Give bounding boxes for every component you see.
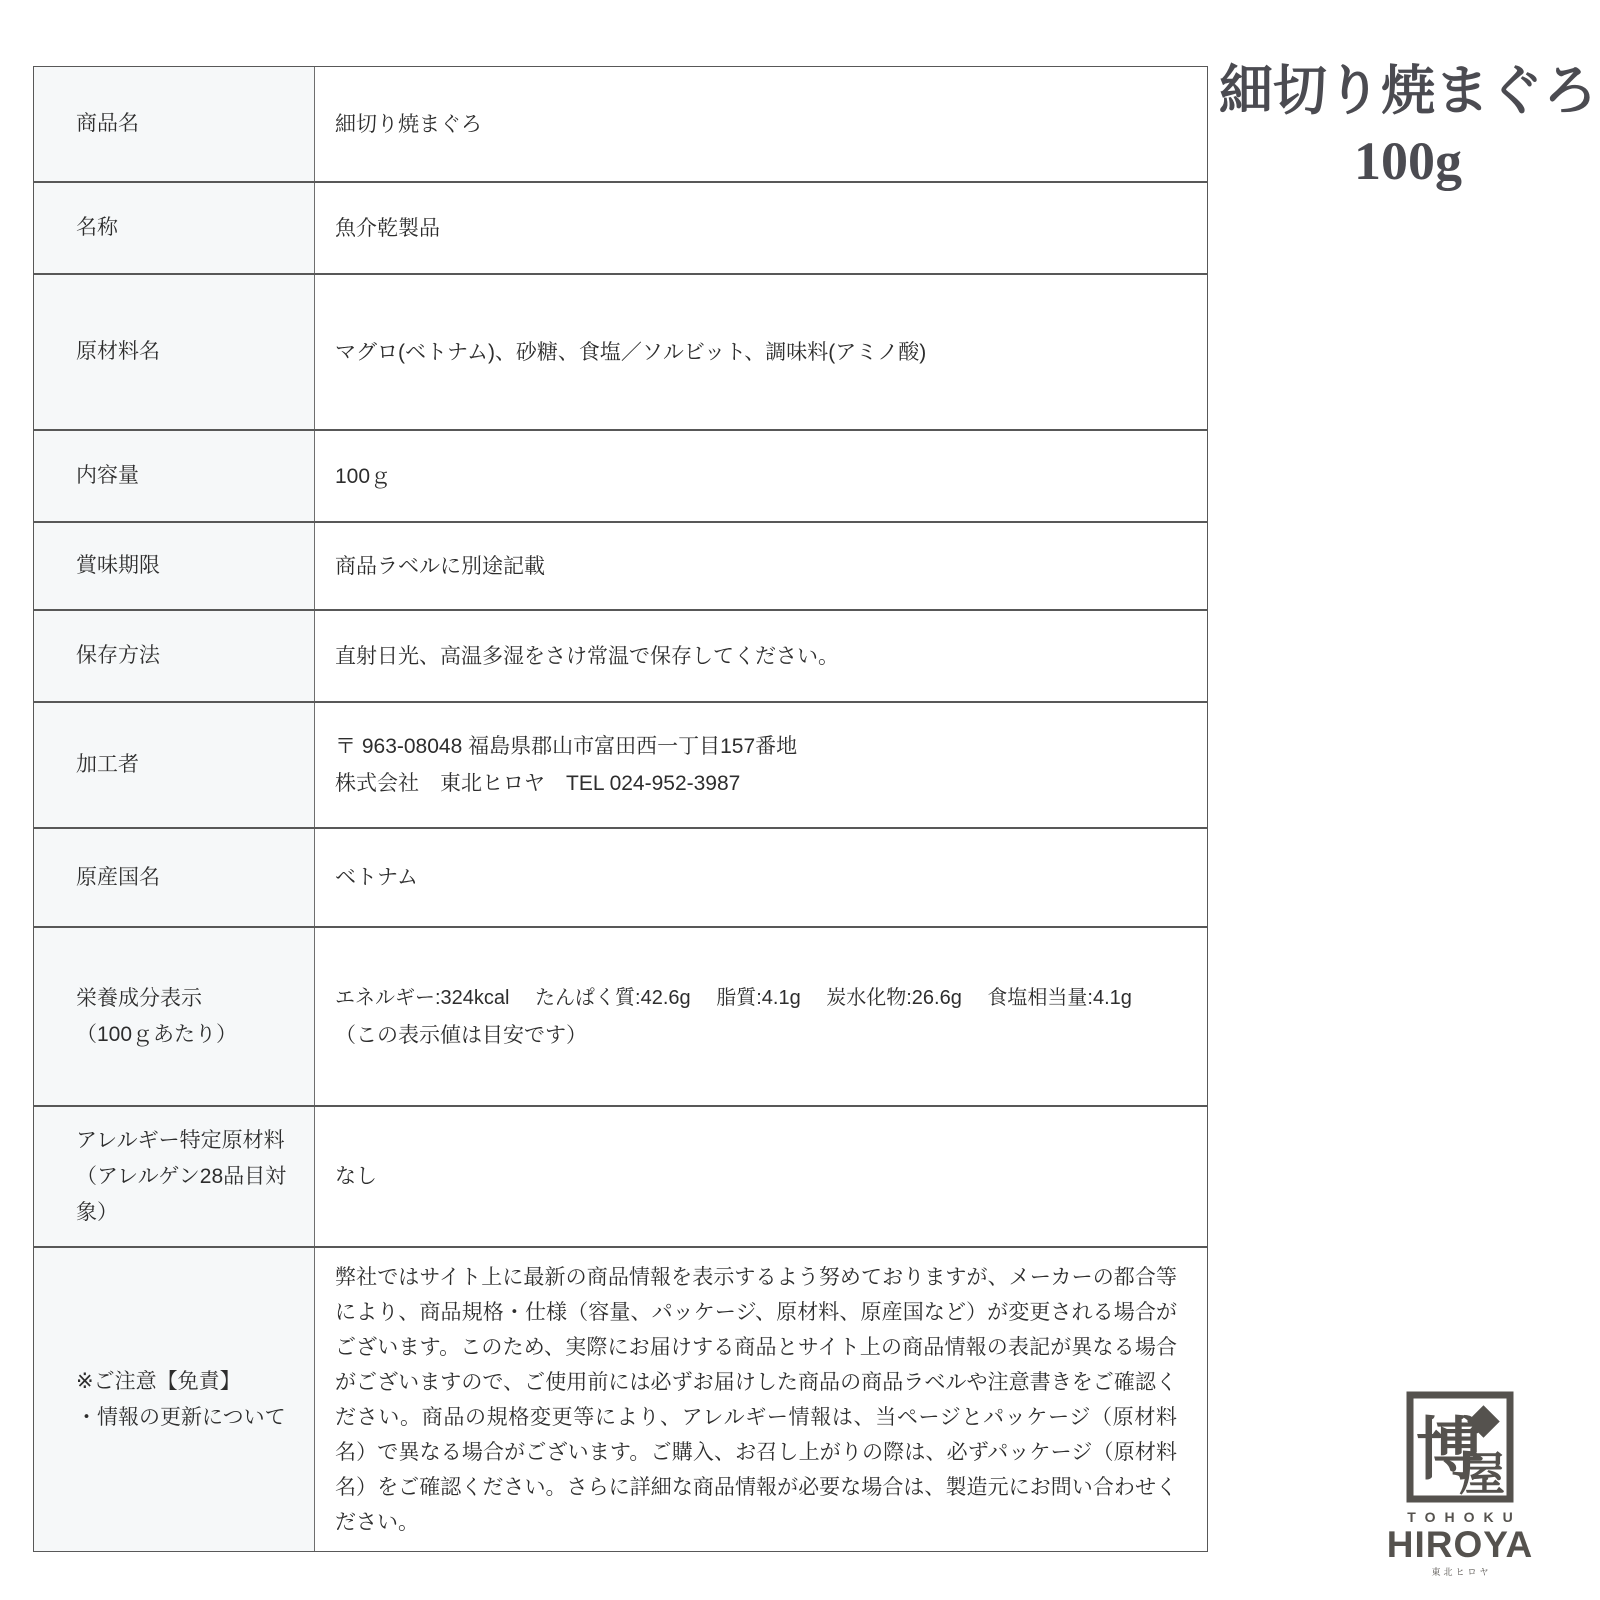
page-title: 細切り焼まぐろ 100g — [1216, 56, 1600, 196]
value-text: 100ｇ — [335, 458, 1177, 495]
label-text-line1: 栄養成分表示 — [76, 981, 302, 1017]
table-row: 原産国名 ベトナム — [34, 827, 1207, 926]
page-title-line2: 100g — [1216, 126, 1600, 196]
label-text: 賞味期限 — [76, 548, 302, 584]
table-row: 保存方法 直射日光、高温多湿をさけ常温で保存してください。 — [34, 609, 1207, 701]
row-label-ingredients: 原材料名 — [34, 275, 315, 429]
value-text: 魚介乾製品 — [335, 210, 1177, 247]
row-label-best-before: 賞味期限 — [34, 523, 315, 609]
logo-tohoku-text: TOHOKU — [1370, 1509, 1550, 1525]
label-text-line2: （100ｇあたり） — [76, 1017, 302, 1053]
value-text: なし — [335, 1158, 1177, 1195]
row-label-nutrition: 栄養成分表示 （100ｇあたり） — [34, 928, 315, 1105]
row-value-allergens: なし — [315, 1107, 1207, 1246]
value-text: 直射日光、高温多湿をさけ常温で保存してください。 — [335, 638, 1177, 675]
row-label-net-content: 内容量 — [34, 431, 315, 521]
table-row: アレルギー特定原材料 （アレルゲン28品目対象） なし — [34, 1105, 1207, 1246]
table-row: 原材料名 マグロ(ベトナム)、砂糖、食塩／ソルビット、調味料(アミノ酸) — [34, 273, 1207, 429]
row-label-storage: 保存方法 — [34, 611, 315, 701]
table-row: 賞味期限 商品ラベルに別途記載 — [34, 521, 1207, 609]
page-title-line1: 細切り焼まぐろ — [1216, 56, 1600, 126]
row-value-product-name: 細切り焼まぐろ — [315, 67, 1207, 181]
table-row: 名称 魚介乾製品 — [34, 181, 1207, 273]
table-row: 内容量 100ｇ — [34, 429, 1207, 521]
row-label-disclaimer: ※ご注意【免責】 ・情報の更新について — [34, 1248, 315, 1551]
nutrition-values: エネルギー:324kcal たんぱく質:42.6g 脂質:4.1g 炭水化物:2… — [335, 980, 1177, 1017]
table-row: 加工者 〒 963-08048 福島県郡山市富田西一丁目157番地 株式会社 東… — [34, 701, 1207, 827]
processor-address: 〒 963-08048 福島県郡山市富田西一丁目157番地 — [335, 728, 1177, 765]
label-text: 加工者 — [76, 747, 302, 783]
row-label-product-name: 商品名 — [34, 67, 315, 181]
row-value-storage: 直射日光、高温多湿をさけ常温で保存してください。 — [315, 611, 1207, 701]
label-text: 原材料名 — [76, 334, 302, 370]
table-row: 商品名 細切り焼まぐろ — [34, 67, 1207, 181]
value-text: 細切り焼まぐろ — [335, 106, 1177, 143]
row-label-category: 名称 — [34, 183, 315, 273]
label-text-line1: ※ご注意【免責】 — [76, 1364, 302, 1400]
disclaimer-text: 弊社ではサイト上に最新の商品情報を表示するよう努めておりますが、メーカーの都合等… — [335, 1260, 1177, 1540]
row-value-best-before: 商品ラベルに別途記載 — [315, 523, 1207, 609]
label-text-line1: アレルギー特定原材料 — [76, 1123, 302, 1159]
label-text-line2: ・情報の更新について — [76, 1400, 302, 1436]
row-label-processor: 加工者 — [34, 703, 315, 827]
processor-company-tel: 株式会社 東北ヒロヤ TEL 024-952-3987 — [335, 765, 1177, 802]
hiroya-seal-icon: 博 屋 — [1406, 1391, 1514, 1503]
row-value-net-content: 100ｇ — [315, 431, 1207, 521]
value-text: 商品ラベルに別途記載 — [335, 548, 1177, 585]
product-spec-table: 商品名 細切り焼まぐろ 名称 魚介乾製品 原材料名 マグロ(ベトナム)、砂糖、食… — [33, 66, 1208, 1552]
table-row: ※ご注意【免責】 ・情報の更新について 弊社ではサイト上に最新の商品情報を表示す… — [34, 1246, 1207, 1551]
label-text: 原産国名 — [76, 860, 302, 896]
brand-logo: 博 屋 TOHOKU HIROYA 東北ヒロヤ — [1370, 1391, 1550, 1578]
logo-sub-text: 東北ヒロヤ — [1370, 1565, 1550, 1578]
row-value-category: 魚介乾製品 — [315, 183, 1207, 273]
label-text-line2: （アレルゲン28品目対象） — [76, 1159, 302, 1231]
row-value-disclaimer: 弊社ではサイト上に最新の商品情報を表示するよう努めておりますが、メーカーの都合等… — [315, 1248, 1207, 1551]
nutrition-note: （この表示値は目安です） — [335, 1017, 1177, 1054]
logo-hiroya-text: HIROYA — [1370, 1525, 1550, 1565]
row-value-ingredients: マグロ(ベトナム)、砂糖、食塩／ソルビット、調味料(アミノ酸) — [315, 275, 1207, 429]
label-text: 商品名 — [76, 106, 302, 142]
table-row: 栄養成分表示 （100ｇあたり） エネルギー:324kcal たんぱく質:42.… — [34, 926, 1207, 1105]
label-text: 保存方法 — [76, 638, 302, 674]
row-label-country-of-origin: 原産国名 — [34, 829, 315, 926]
row-value-country-of-origin: ベトナム — [315, 829, 1207, 926]
row-value-processor: 〒 963-08048 福島県郡山市富田西一丁目157番地 株式会社 東北ヒロヤ… — [315, 703, 1207, 827]
row-label-allergens: アレルギー特定原材料 （アレルゲン28品目対象） — [34, 1107, 315, 1246]
value-text: ベトナム — [335, 859, 1177, 896]
value-text: マグロ(ベトナム)、砂糖、食塩／ソルビット、調味料(アミノ酸) — [335, 334, 1177, 371]
label-text: 名称 — [76, 210, 302, 246]
row-value-nutrition: エネルギー:324kcal たんぱく質:42.6g 脂質:4.1g 炭水化物:2… — [315, 928, 1207, 1105]
seal-kanji-ya: 屋 — [1459, 1448, 1505, 1500]
label-text: 内容量 — [76, 458, 302, 494]
